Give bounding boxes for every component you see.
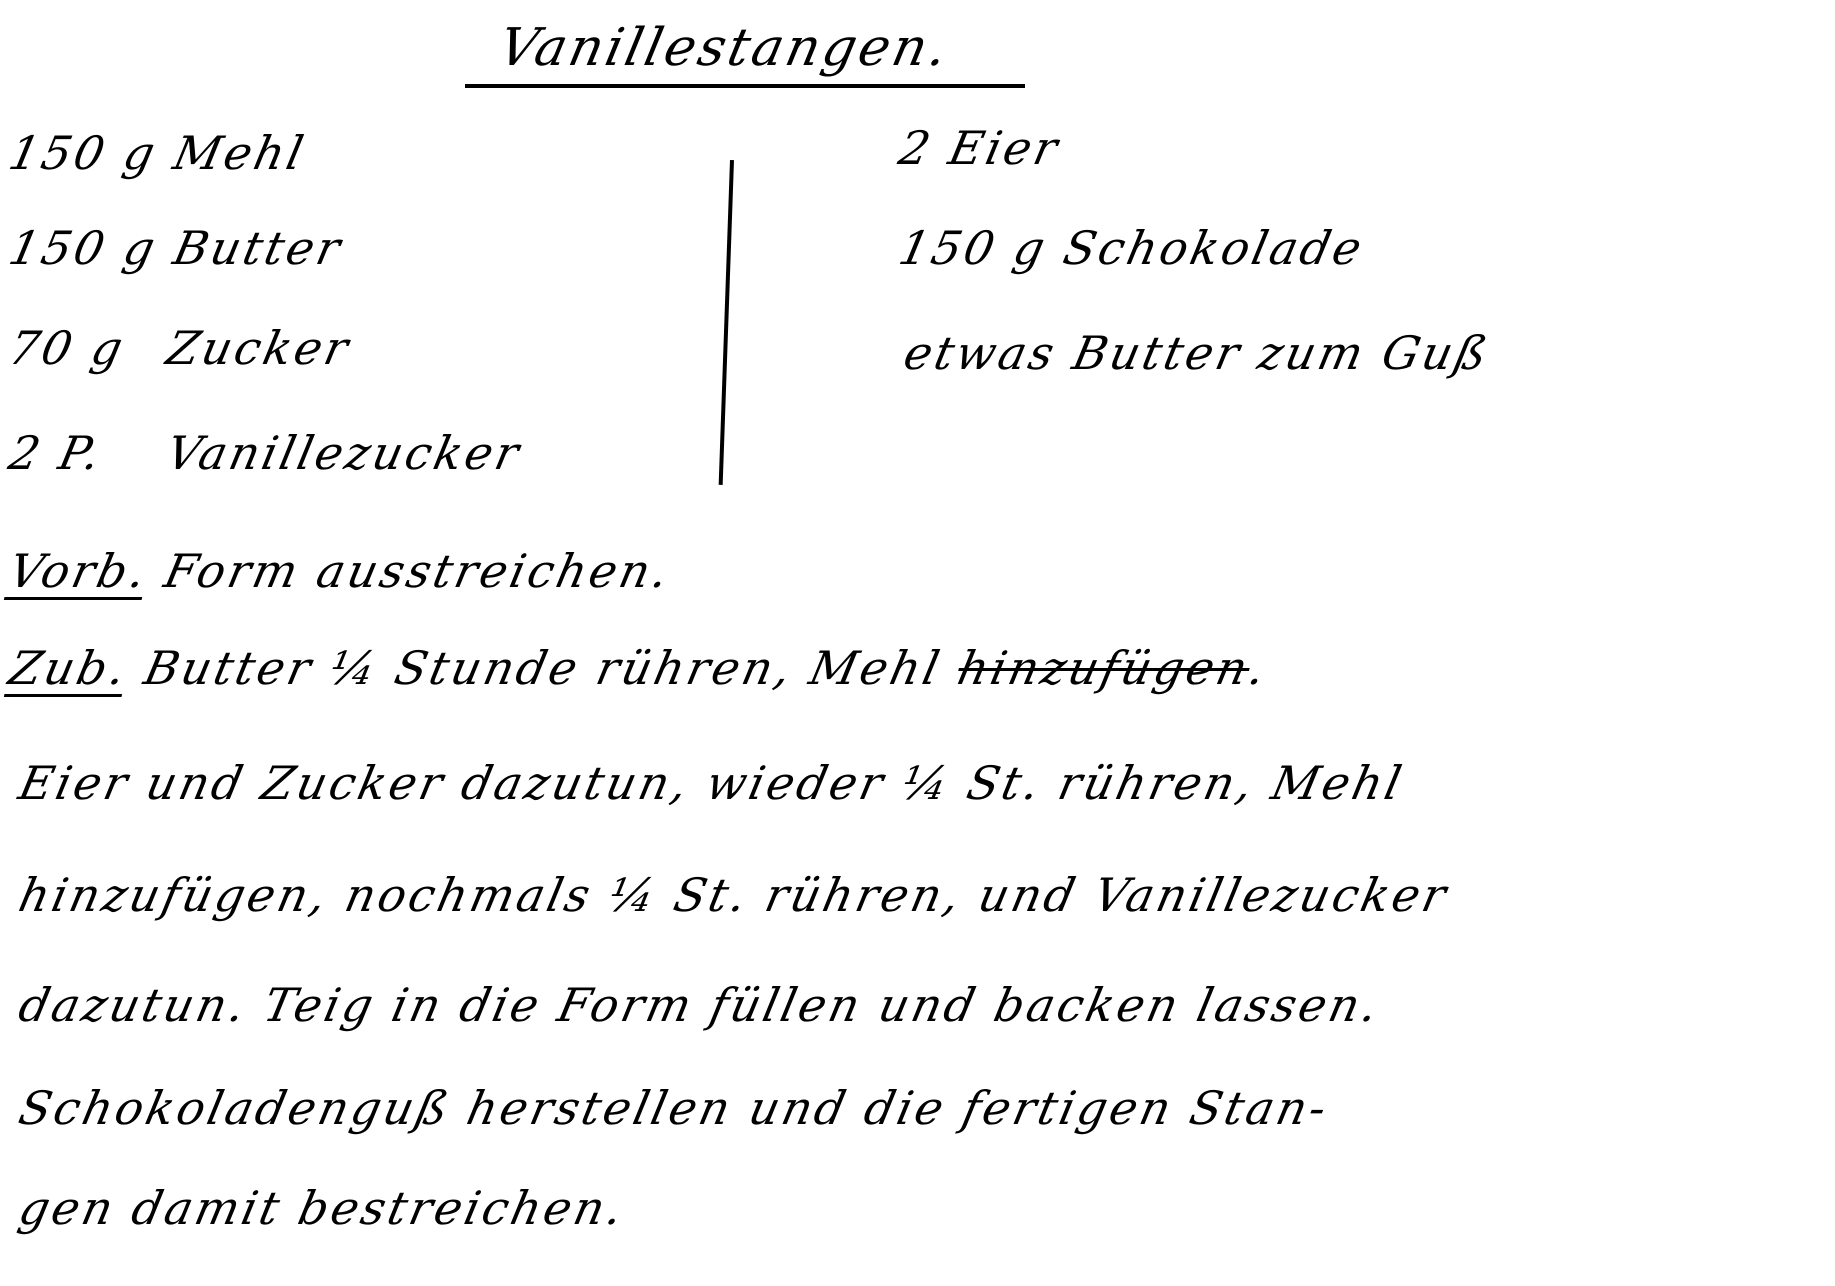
method-line: Schokoladenguß herstellen und die fertig… bbox=[15, 1085, 1333, 1131]
recipe-title: Vanillestangen. bbox=[494, 22, 954, 74]
title-underline bbox=[465, 84, 1025, 88]
ingredient-item: 150 g Schokolade bbox=[895, 225, 1368, 271]
ingredient-item: 150 g Butter bbox=[5, 225, 347, 271]
ingredient-item: etwas Butter zum Guß bbox=[900, 330, 1494, 376]
preparation-line: Vorb. Form ausstreichen. bbox=[5, 548, 675, 594]
column-divider bbox=[719, 160, 734, 485]
ingredient-item: 2 P. Vanillezucker bbox=[5, 430, 526, 476]
ingredient-item: 2 Eier bbox=[895, 125, 1064, 171]
preparation-text: Form ausstreichen. bbox=[160, 544, 676, 598]
method-label: Zub. bbox=[4, 641, 133, 695]
method-line: hinzufügen, nochmals ¼ St. rühren, und V… bbox=[15, 872, 1453, 918]
method-line: Eier und Zucker dazutun, wieder ¼ St. rü… bbox=[15, 760, 1408, 806]
ingredient-item: 150 g Mehl bbox=[5, 130, 310, 176]
method-line: gen damit bestreichen. bbox=[15, 1185, 630, 1231]
method-line: Zub. Butter ¼ Stunde rühren, Mehl hinzuf… bbox=[5, 645, 1272, 691]
preparation-label: Vorb. bbox=[4, 544, 153, 598]
method-line: dazutun. Teig in die Form füllen und bac… bbox=[15, 982, 1385, 1028]
ingredient-item: 70 g Zucker bbox=[5, 325, 355, 371]
struck-word: hinzufügen bbox=[953, 641, 1255, 695]
